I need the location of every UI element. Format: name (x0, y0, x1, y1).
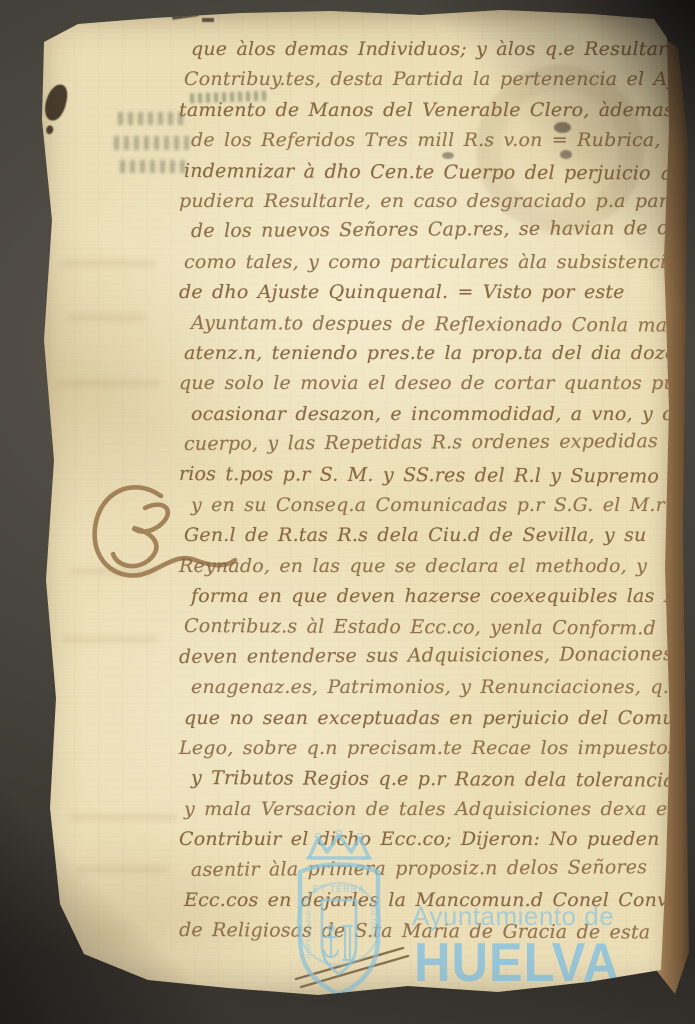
manuscript-line: de los Referidos Tres mill R.s v.on = Ru… (191, 125, 695, 155)
bleedthrough-ghost (62, 636, 158, 643)
manuscript-line: Ayuntam.to despues de Reflexionado Conla… (191, 308, 695, 341)
manuscript-line: Gen.l de R.tas R.s dela Ciu.d de Sevilla… (184, 520, 695, 550)
manuscript-line: como tales, y como particulares àla subs… (184, 247, 695, 277)
manuscript-line: Reynado, en las que se declara el method… (179, 551, 695, 581)
pen-stroke-lines (281, 933, 421, 993)
manuscript-line: Contribuy.tes, desta Partida la pertenen… (184, 64, 695, 94)
ink-blot (42, 82, 69, 122)
manuscript-line: deven entenderse sus Adquisiciones, Dona… (179, 639, 695, 673)
manuscript-line: asentir àla primera proposiz.n delos Señ… (191, 851, 695, 885)
manuscript-line: Lego, sobre q.n precisam.te Recae los im… (179, 733, 695, 763)
manuscript-line: cuerpo, y las Repetidas R.s ordenes expe… (184, 426, 695, 460)
manuscript-line: tamiento de Manos del Venerable Clero, à… (179, 95, 695, 125)
bleedthrough-ghost (66, 314, 146, 321)
manuscript-line: y Tributos Regios q.e p.r Razon dela tol… (191, 763, 695, 796)
scan-backdrop: que àlos demas Individuos; y àlos q.e Re… (0, 0, 695, 1024)
manuscript-line: de Religiosas de S.ta Maria de Gracia de… (179, 915, 695, 948)
manuscript-line: de los nuevos Señores Cap.res, se havian… (191, 213, 695, 247)
manuscript-line: forma en que deven hazerse coexequibles … (191, 581, 695, 611)
manuscript-page: que àlos demas Individuos; y àlos q.e Re… (26, 8, 676, 1012)
manuscript-line: atenz.n, teniendo pres.te la prop.ta del… (184, 338, 695, 368)
manuscript-line: rios t.pos p.r S. M. y SS.res del R.l y … (179, 459, 695, 492)
manuscript-line: y mala Versacion de tales Adquisiciones … (184, 794, 695, 824)
manuscript-line: que no sean exceptuadas en perjuicio del… (184, 703, 695, 733)
manuscript-line: Contribuir el dicho Ecc.co; Dijeron: No … (179, 824, 695, 854)
manuscript-line: ocasionar desazon, e incommodidad, a vno… (191, 399, 695, 429)
manuscript-line: enagenaz.es, Patrimonios, y Renunciacion… (191, 672, 695, 702)
bleedthrough-ghost (68, 814, 178, 821)
stamp-bleedthrough-icon (120, 160, 186, 173)
bleedthrough-ghost (60, 260, 156, 267)
stamp-bleedthrough-icon (118, 112, 188, 125)
manuscript-line: Ecc.cos en dejarles la Mancomun.d Conel … (184, 885, 695, 915)
bleedthrough-ghost (56, 380, 160, 387)
manuscript-line: que àlos demas Individuos; y àlos q.e Re… (191, 34, 695, 64)
manuscript-line: indemnizar à dho Cen.te Cuerpo del perju… (184, 156, 695, 189)
manuscript-line: pudiera Resultarle, en caso desgraciado … (179, 186, 695, 216)
edge-mark (172, 10, 199, 20)
edge-mark (202, 18, 214, 22)
manuscript-line: de dho Ajuste Quinquenal. = Visto por es… (179, 277, 695, 307)
manuscript-line: y en su Conseq.a Comunicadas p.r S.G. el… (191, 490, 695, 520)
stamp-bleedthrough-icon (114, 136, 192, 150)
manuscript-text: que àlos demas Individuos; y àlos q.e Re… (184, 34, 695, 946)
bleedthrough-ghost (76, 866, 168, 873)
manuscript-line: que solo le movia el deseo de cortar qua… (179, 368, 695, 398)
